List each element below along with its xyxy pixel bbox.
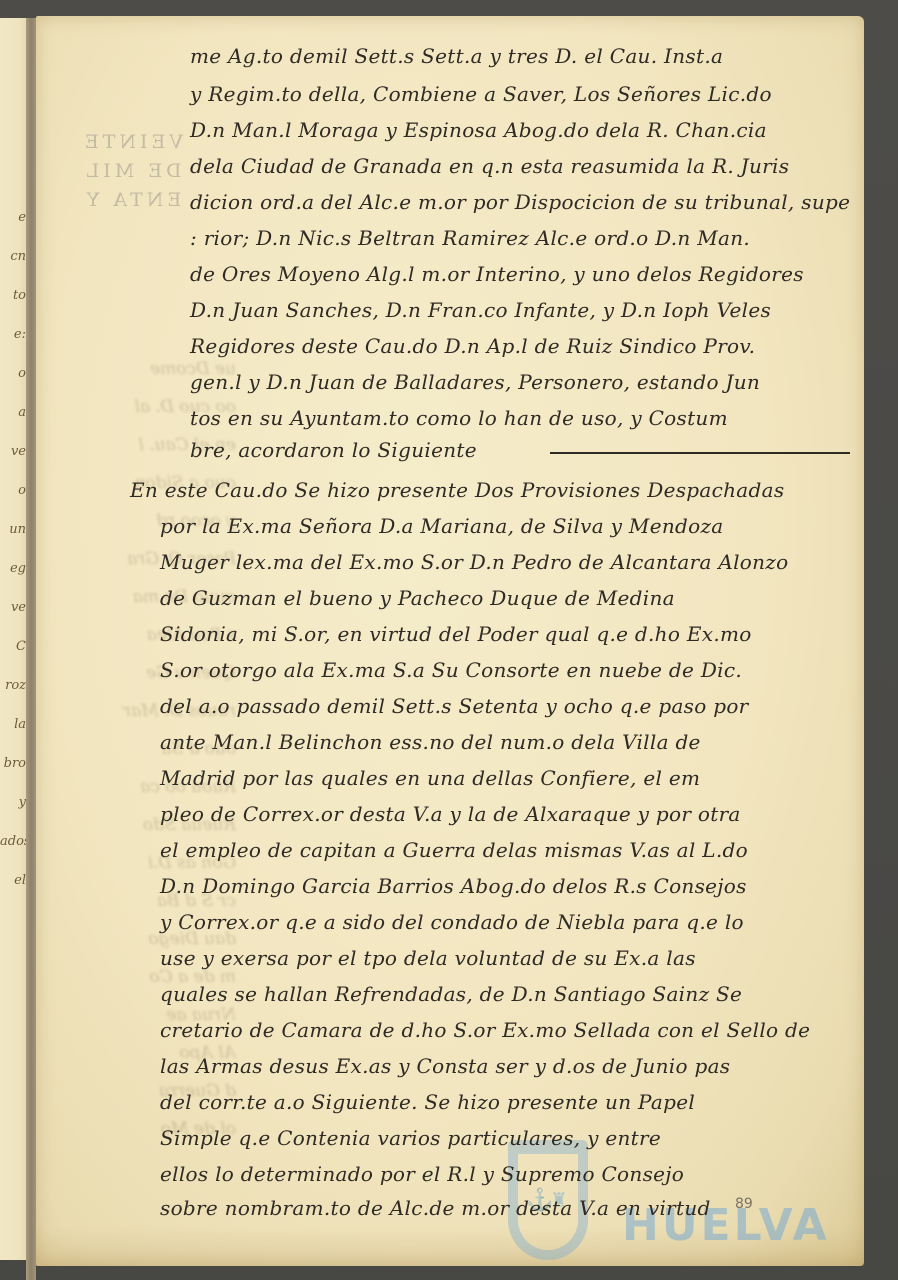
- manuscript-line: quales se hallan Refrendadas, de D.n San…: [160, 982, 742, 1006]
- previous-page-fragment: el: [0, 861, 26, 900]
- manuscript-line: de Ores Moyeno Alg.l m.or Interino, y un…: [190, 262, 804, 286]
- manuscript-line: del corr.te a.o Siguiente. Se hizo prese…: [160, 1090, 695, 1114]
- previous-page-fragment: ados: [0, 822, 26, 861]
- manuscript-line: dicion ord.a del Alc.e m.or por Dispocic…: [190, 190, 850, 214]
- manuscript-line: Sidonia, mi S.or, en virtud del Poder qu…: [160, 622, 752, 646]
- manuscript-line: : rior; D.n Nic.s Beltran Ramirez Alc.e …: [190, 226, 750, 250]
- previous-page-fragment: to: [0, 276, 26, 315]
- manuscript-line: Simple q.e Contenia varios particulares,…: [160, 1126, 661, 1150]
- manuscript-line: cretario de Camara de d.ho S.or Ex.mo Se…: [160, 1018, 810, 1042]
- previous-page-fragment: o: [0, 471, 26, 510]
- manuscript-line: En este Cau.do Se hizo presente Dos Prov…: [130, 478, 784, 502]
- previous-page-fragment: roz: [0, 666, 26, 705]
- manuscript-line: S.or otorgo ala Ex.ma S.a Su Consorte en…: [160, 658, 742, 682]
- previous-page-fragment: y: [0, 783, 26, 822]
- manuscript-line: dela Ciudad de Granada en q.n esta reasu…: [190, 154, 789, 178]
- manuscript-line: ellos lo determinado por el R.l y Suprem…: [160, 1162, 684, 1186]
- mirrored-stamp-bleed: VEINTE DE MIL ENTA Y: [72, 128, 192, 215]
- previous-page-fragment: ve: [0, 432, 26, 471]
- previous-page-fragment: bro: [0, 744, 26, 783]
- manuscript-line: me Ag.to demil Sett.s Sett.a y tres D. e…: [190, 44, 723, 68]
- manuscript-line: Madrid por las quales en una dellas Conf…: [160, 766, 700, 790]
- manuscript-line: de Guzman el bueno y Pacheco Duque de Me…: [160, 586, 675, 610]
- previous-page-fragment: C: [0, 627, 26, 666]
- manuscript-line: sobre nombram.to de Alc.de m.or desta V.…: [160, 1196, 711, 1220]
- stamp-line: ENTA Y: [72, 186, 192, 215]
- previous-page-fragment: a: [0, 393, 26, 432]
- manuscript-line: del a.o passado demil Sett.s Setenta y o…: [160, 694, 749, 718]
- manuscript-line: las Armas desus Ex.as y Consta ser y d.o…: [160, 1054, 730, 1078]
- previous-page-fragment: ve: [0, 588, 26, 627]
- section-rule: [550, 452, 850, 454]
- manuscript-line: Muger lex.ma del Ex.mo S.or D.n Pedro de…: [160, 550, 789, 574]
- previous-page-fragment: eg: [0, 549, 26, 588]
- stamp-line: DE MIL: [72, 157, 192, 186]
- manuscript-line: D.n Domingo Garcia Barrios Abog.do delos…: [160, 874, 747, 898]
- previous-page-fragment: la: [0, 705, 26, 744]
- binding-gutter: [26, 18, 36, 1280]
- manuscript-line: Regidores deste Cau.do D.n Ap.l de Ruiz …: [190, 334, 755, 358]
- manuscript-line: por la Ex.ma Señora D.a Mariana, de Silv…: [160, 514, 724, 538]
- manuscript-line: el empleo de capitan a Guerra delas mism…: [160, 838, 748, 862]
- stamp-line: VEINTE: [72, 128, 192, 157]
- manuscript-line: use y exersa por el tpo dela voluntad de…: [160, 946, 696, 970]
- manuscript-line: y Correx.or q.e a sido del condado de Ni…: [160, 910, 744, 934]
- previous-page-text: ecntoe:oaveounegveCrozlabroyadosel: [0, 18, 26, 1260]
- manuscript-line: bre, acordaron lo Siguiente: [190, 438, 477, 462]
- manuscript-line: D.n Juan Sanches, D.n Fran.co Infante, y…: [190, 298, 771, 322]
- previous-page-fragment: un: [0, 510, 26, 549]
- manuscript-line: pleo de Correx.or desta V.a y la de Alxa…: [160, 802, 741, 826]
- manuscript-line: tos en su Ayuntam.to como lo han de uso,…: [190, 406, 728, 430]
- folio-number: 89: [735, 1196, 753, 1212]
- previous-page-edge: ecntoe:oaveounegveCrozlabroyadosel: [0, 18, 26, 1260]
- previous-page-fragment: o: [0, 354, 26, 393]
- manuscript-line: D.n Man.l Moraga y Espinosa Abog.do dela…: [190, 118, 767, 142]
- previous-page-fragment: e: [0, 198, 26, 237]
- previous-page-fragment: cn: [0, 237, 26, 276]
- manuscript-line: y Regim.to della, Combiene a Saver, Los …: [190, 82, 772, 106]
- previous-page-fragment: e:: [0, 315, 26, 354]
- manuscript-line: ante Man.l Belinchon ess.no del num.o de…: [160, 730, 701, 754]
- manuscript-line: gen.l y D.n Juan de Balladares, Personer…: [190, 370, 760, 394]
